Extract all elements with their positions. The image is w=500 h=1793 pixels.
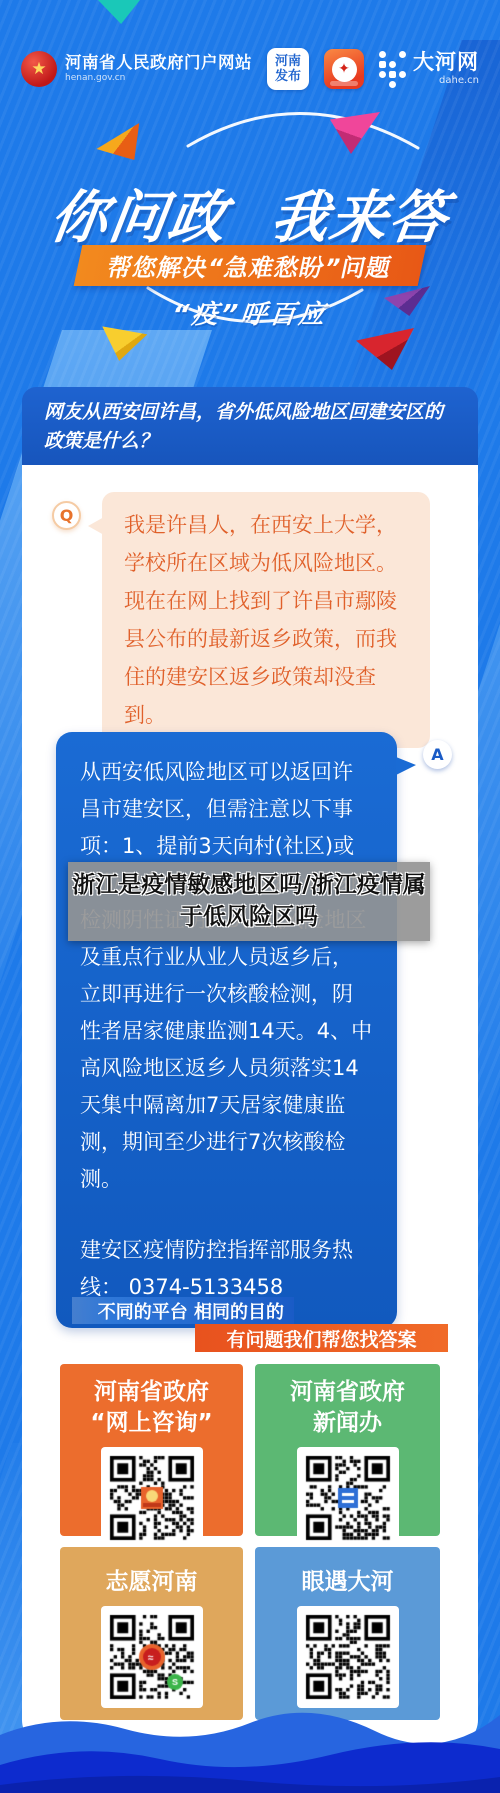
app-emblem-icon: ✦: [332, 57, 357, 82]
decor-waves: [0, 1673, 500, 1793]
qr-code: [301, 1451, 395, 1545]
qa-card-body: Q 我是许昌人，在西安上大学，学校所在区域为低风险地区。现在在网上找到了许昌市鄢…: [22, 465, 478, 1746]
qr-card-title: 眼遇大河: [302, 1567, 394, 1598]
hero-subtitle: “疫”呼百应: [0, 294, 500, 331]
hero-title: 你问政 我来答: [0, 172, 500, 254]
hotline-text[interactable]: 建安区疫情防控指挥部服务热线： 0374-5133458: [80, 1232, 373, 1306]
qr-card-title: 志愿河南: [106, 1567, 198, 1598]
watermark-title: 浙江是疫情敏感地区吗/浙江疫情属于低风险区吗: [68, 862, 430, 941]
henan-fabu-badge[interactable]: 河南 发布: [267, 48, 309, 90]
qa-card: 网友从西安回许昌，省外低风险地区回建安区的政策是什么？ Q 我是许昌人，在西安上…: [22, 387, 478, 1746]
qr-code: [105, 1451, 199, 1545]
poster-page: ★ 河南省人民政府门户网站 henan.gov.cn 河南 发布 ✦ 大河网 d…: [0, 0, 500, 1793]
qr-card-subtitle: “网上咨询”: [90, 1408, 212, 1439]
qr-card-consult[interactable]: 河南省政府 “网上咨询”: [60, 1364, 243, 1536]
app-icon-label-bar: [330, 81, 358, 86]
fabu-line2: 发布: [275, 69, 301, 84]
answer-text: 从西安低风险地区可以返回许昌市建安区，但需注意以下事项：1、提前3天向村(社区)…: [80, 754, 373, 1198]
ribbon-platforms: 不同的平台 相同的目的: [72, 1297, 294, 1324]
question-bubble: 我是许昌人，在西安上大学，学校所在区域为低风险地区。现在在网上找到了许昌市鄢陵县…: [102, 492, 430, 748]
red-app-icon[interactable]: ✦: [324, 49, 364, 89]
a-bubble-notch: [396, 757, 416, 775]
dahe-url: dahe.cn: [439, 76, 479, 86]
national-emblem-icon: ★: [21, 51, 57, 87]
qr-box: [101, 1447, 203, 1549]
qr-card-subtitle: 新闻办: [313, 1408, 382, 1439]
qr-card-title: 河南省政府: [94, 1377, 209, 1408]
q-badge: Q: [52, 501, 81, 530]
fabu-line1: 河南: [275, 54, 301, 69]
dahe-logo[interactable]: 大河网 dahe.cn: [379, 51, 479, 88]
header-logos: ★ 河南省人民政府门户网站 henan.gov.cn 河南 发布 ✦ 大河网 d…: [0, 48, 500, 90]
gov-portal-logo[interactable]: ★ 河南省人民政府门户网站 henan.gov.cn: [21, 51, 252, 87]
dahe-dots-icon: [379, 51, 406, 88]
dahe-title: 大河网: [413, 52, 479, 73]
question-title-bar: 网友从西安回许昌，省外低风险地区回建安区的政策是什么？: [22, 387, 478, 465]
hero-banner-text: 帮您解决“急难愁盼”问题: [104, 248, 395, 283]
ribbon-answers: 有问题我们帮您找答案: [195, 1324, 448, 1352]
qr-card-newsoffice[interactable]: 河南省政府 新闻办: [255, 1364, 440, 1536]
qr-box: [297, 1447, 399, 1549]
hero-banner: 帮您解决“急难愁盼”问题: [74, 245, 427, 286]
qr-card-title: 河南省政府: [290, 1377, 405, 1408]
gov-portal-url: henan.gov.cn: [65, 74, 252, 84]
answer-bubble: 从西安低风险地区可以返回许昌市建安区，但需注意以下事项：1、提前3天向村(社区)…: [56, 732, 397, 1328]
a-badge: A: [423, 740, 452, 769]
gov-portal-title: 河南省人民政府门户网站: [65, 54, 252, 72]
